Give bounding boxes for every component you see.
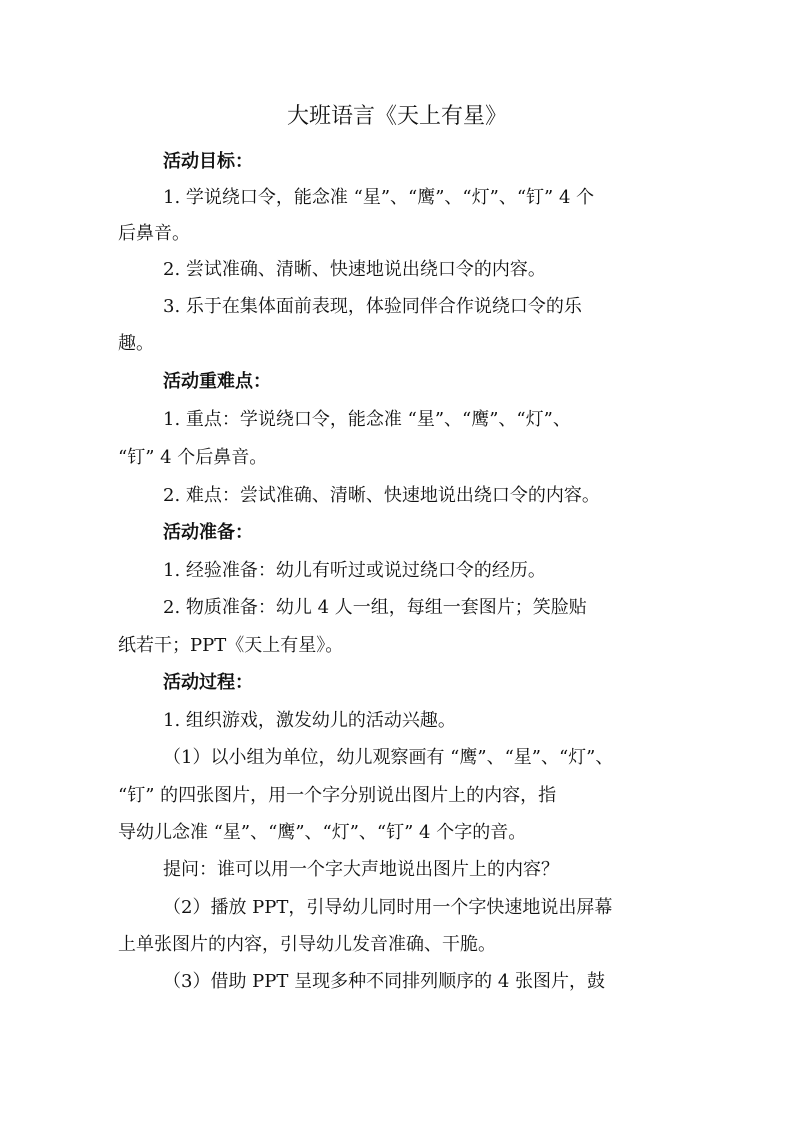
paragraph-line: 1. 组织游戏，激发幼儿的活动兴趣。 (163, 709, 456, 733)
paragraph-line: 1. 经验准备：幼儿有听过或说过绕口令的经历。 (163, 559, 546, 583)
paragraph-line: 后鼻音。 (118, 222, 190, 246)
paragraph-line: 2. 尝试准确、清晰、快速地说出绕口令的内容。 (163, 258, 546, 282)
paragraph-line: （1）以小组为单位，幼儿观察画有 “鹰”、“星”、“灯”、 (163, 746, 613, 770)
paragraph-line: 2. 难点：尝试准确、清晰、快速地说出绕口令的内容。 (163, 484, 600, 508)
paragraph-line: “钉” 的四张图片，用一个字分别说出图片上的内容，指 (118, 784, 556, 808)
paragraph-line: 导幼儿念准 “星”、“鹰”、“灯”、“钉” 4 个字的音。 (118, 821, 526, 845)
section-heading: 活动过程： (163, 671, 253, 695)
paragraph-line: （2）播放 PPT，引导幼儿同时用一个字快速地说出屏幕 (163, 896, 612, 920)
paragraph-line: 1. 重点：学说绕口令，能念准 “星”、“鹰”、“灯”、 (163, 408, 571, 432)
paragraph-line: 上单张图片的内容，引导幼儿发音准确、干脆。 (118, 933, 496, 957)
paragraph-line: 纸若干；PPT《天上有星》。 (118, 634, 343, 658)
document-title: 大班语言《天上有星》 (0, 100, 794, 134)
paragraph-line: （3）借助 PPT 呈现多种不同排列顺序的 4 张图片，鼓 (163, 970, 605, 994)
paragraph-line: 3. 乐于在集体面前表现，体验同伴合作说绕口令的乐 (163, 295, 582, 319)
paragraph-line: 1. 学说绕口令，能念准 “星”、“鹰”、“灯”、“钉” 4 个 (163, 186, 594, 210)
paragraph-line: 趣。 (118, 332, 154, 356)
section-heading: 活动目标： (163, 150, 253, 174)
paragraph-line: 提问：谁可以用一个字大声地说出图片上的内容？ (163, 858, 559, 882)
section-heading: 活动准备： (163, 521, 253, 545)
section-heading: 活动重难点： (163, 370, 271, 394)
paragraph-line: 2. 物质准备：幼儿 4 人一组，每组一套图片；笑脸贴 (163, 596, 587, 620)
paragraph-line: “钉” 4 个后鼻音。 (118, 446, 267, 470)
